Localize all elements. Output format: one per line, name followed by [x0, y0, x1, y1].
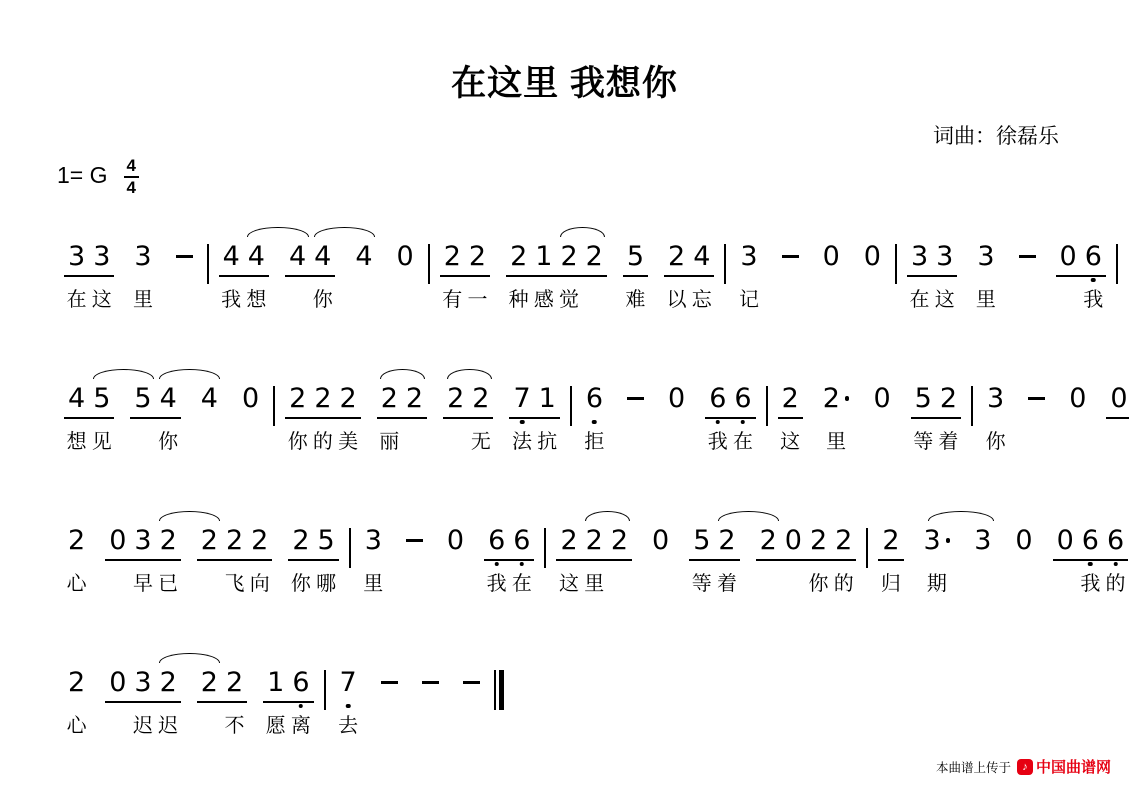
- note: 4: [197, 384, 222, 414]
- barline: [895, 244, 897, 284]
- note: 3: [983, 384, 1008, 414]
- lyric: 你: [986, 425, 1006, 454]
- note: 2: [556, 242, 581, 272]
- note: 3: [64, 242, 89, 272]
- beam-group: 0: [648, 526, 673, 559]
- lyric: 你: [809, 567, 829, 596]
- lyric: 见: [92, 425, 112, 454]
- beam-group: 3: [983, 384, 1008, 417]
- lyric: 飞: [225, 567, 245, 596]
- augmentation-dot: [946, 538, 951, 543]
- beam-group: [377, 668, 402, 688]
- duration-dash: [172, 242, 197, 259]
- measure: 22052: [770, 384, 969, 419]
- beam-group: 33: [64, 242, 114, 277]
- beam-group: 33: [907, 242, 957, 277]
- note: 2: [336, 384, 361, 414]
- barline-thick: [499, 670, 505, 710]
- note: 2: [310, 384, 335, 414]
- note: 7: [336, 668, 361, 698]
- music-line: 45544022222227160662205230066想见你你的美丽无法抗拒…: [56, 368, 1067, 454]
- lyric: 已: [158, 567, 178, 596]
- duration-dash: [402, 526, 427, 543]
- barline: [724, 244, 726, 284]
- beam-group: 45: [64, 384, 114, 419]
- note-digit: 6: [513, 526, 530, 556]
- beam-group: 0: [393, 242, 418, 275]
- note: 0: [819, 242, 844, 272]
- note-digit: 2: [406, 384, 423, 414]
- note-digit: 2: [289, 384, 306, 414]
- note-digit: 0: [109, 668, 126, 698]
- note: 0: [238, 384, 263, 414]
- beam-group: [1024, 384, 1049, 404]
- note: 7: [509, 384, 534, 414]
- note: 2: [607, 526, 632, 556]
- lyric: 这: [559, 567, 579, 596]
- note: 2: [64, 668, 89, 698]
- note-digit: 4: [68, 384, 85, 414]
- measure: 455440: [56, 384, 271, 419]
- note-digit: 7: [513, 384, 530, 414]
- note-digit: 3: [936, 242, 953, 272]
- beam-group: 22: [443, 384, 493, 419]
- song-title: 在这里 我想你: [0, 56, 1129, 106]
- note: 0: [648, 526, 673, 556]
- note: 6: [1103, 526, 1128, 556]
- note: 4: [219, 242, 244, 272]
- note-digit: 3: [740, 242, 757, 272]
- note: 2: [819, 384, 854, 414]
- beam-group: 0: [443, 526, 468, 559]
- note: 3: [973, 242, 998, 272]
- beam-group: [778, 242, 803, 262]
- measure: 333: [56, 242, 205, 277]
- note-digit: 2: [835, 526, 852, 556]
- note: 0: [1056, 242, 1081, 272]
- note: 6: [509, 526, 534, 556]
- note-digit: 2: [586, 526, 603, 556]
- lyric: 愿: [266, 709, 286, 738]
- lyric: 心: [67, 709, 87, 738]
- duration-dash: [1015, 242, 1040, 259]
- note-digit: 4: [223, 242, 240, 272]
- barline: [570, 386, 572, 426]
- note-digit: 3: [987, 384, 1004, 414]
- note: 2: [197, 526, 222, 556]
- sixteenth-beam: 22: [222, 526, 272, 556]
- lyric: 哪: [316, 567, 336, 596]
- sixteenth-beam: 12: [531, 242, 581, 272]
- note-digit: 0: [668, 384, 685, 414]
- beam-group: [402, 526, 427, 546]
- note: 5: [623, 242, 648, 272]
- note: 4: [244, 242, 269, 272]
- lyric: 这: [935, 283, 955, 312]
- note-digit: 2: [472, 384, 489, 414]
- lyric: 觉: [559, 283, 579, 312]
- lyric: 着: [717, 567, 737, 596]
- note: 2: [778, 384, 803, 414]
- measure: 222222271: [277, 384, 568, 419]
- note: 6: [288, 668, 313, 698]
- measure: 222122524: [432, 242, 723, 277]
- beam-group: 7: [336, 668, 361, 701]
- note-digit: 1: [267, 668, 284, 698]
- key-signature: 1= G 4 4: [57, 156, 1129, 196]
- beam-group: 222: [197, 526, 273, 561]
- note-digit: 2: [882, 526, 899, 556]
- lyric: 离: [291, 709, 311, 738]
- duration-dash: [377, 668, 402, 685]
- note: 2: [443, 384, 468, 414]
- beam-group: 66: [705, 384, 755, 419]
- note-digit: 2: [586, 242, 603, 272]
- note-digit: 2: [160, 668, 177, 698]
- footer-upload-text: 本曲谱上传于: [936, 758, 1011, 776]
- lyric: 我: [1080, 567, 1100, 596]
- note-digit: 2: [340, 384, 357, 414]
- note: 2: [714, 526, 739, 556]
- note-digit: 4: [248, 242, 265, 272]
- lyric: 在: [512, 567, 532, 596]
- beam-group: 22: [440, 242, 490, 277]
- beam-group: 2022: [756, 526, 857, 561]
- beam-group: 0: [819, 242, 844, 275]
- note-digit: 0: [652, 526, 669, 556]
- note: 2: [465, 242, 490, 272]
- barline: [971, 386, 973, 426]
- note: 0: [1011, 526, 1036, 556]
- note: 1: [531, 242, 556, 272]
- lyric: 早: [133, 567, 153, 596]
- beam-group: 66: [484, 526, 534, 561]
- beam-group: 2: [778, 384, 803, 419]
- note-digit: 2: [823, 384, 840, 414]
- beam-group: 25: [288, 526, 338, 561]
- sixteenth-beam: 22: [310, 384, 360, 414]
- lyric: 你: [313, 283, 333, 312]
- lyric: 着: [938, 425, 958, 454]
- measure: 3066: [353, 526, 543, 561]
- note-digit: 1: [539, 384, 556, 414]
- note-digit: 2: [444, 242, 461, 272]
- note: 3: [970, 526, 995, 556]
- beam-group: 4: [197, 384, 222, 417]
- measure: 7: [328, 668, 492, 701]
- note-digit: 4: [160, 384, 177, 414]
- barline: [766, 386, 768, 426]
- beam-group: 2: [878, 526, 903, 561]
- note-digit: 4: [693, 242, 710, 272]
- lyric: 无: [471, 425, 491, 454]
- final-barline: [494, 670, 505, 710]
- beam-group: 0: [860, 242, 885, 275]
- beam-group: 3: [361, 526, 386, 559]
- beam-group: 032: [105, 668, 181, 703]
- site-name: 中国曲谱网: [1036, 756, 1111, 777]
- barline: [1116, 244, 1118, 284]
- note: 3: [920, 526, 955, 556]
- note-digit: 2: [314, 384, 331, 414]
- note-digit: 6: [1085, 242, 1102, 272]
- note-digit: 0: [873, 384, 890, 414]
- lyric: 这: [780, 425, 800, 454]
- beam-group: 3: [970, 526, 995, 559]
- lyric: 你: [291, 567, 311, 596]
- note-digit: 4: [201, 384, 218, 414]
- lyric: 去: [338, 709, 358, 738]
- note: 4: [64, 384, 89, 414]
- note: 2: [878, 526, 903, 556]
- beam-group: 222: [556, 526, 632, 561]
- note: 5: [314, 526, 339, 556]
- note-digit: 0: [1060, 242, 1077, 272]
- note: 0: [1053, 526, 1078, 556]
- beam-group: 16: [263, 668, 313, 703]
- barline: [866, 528, 868, 568]
- note-digit: 0: [1057, 526, 1074, 556]
- beam-group: 54: [130, 384, 180, 419]
- note-digit: 3: [134, 526, 151, 556]
- beam-group: 0: [1011, 526, 1036, 559]
- note: 3: [130, 242, 155, 272]
- note: 2: [197, 668, 222, 698]
- note-digit: 3: [977, 242, 994, 272]
- composer-credit: 词曲：徐磊乐: [0, 120, 1059, 150]
- note: 2: [402, 384, 427, 414]
- measure: 444440: [211, 242, 426, 277]
- note: 6: [1081, 242, 1106, 272]
- score: 33344444022212252430033306在这里我想你有一种感觉难以忘…: [56, 226, 1067, 738]
- barline-thin: [494, 670, 496, 710]
- lyric: 期: [927, 567, 947, 596]
- note-digit: 5: [627, 242, 644, 272]
- note: 2: [285, 384, 310, 414]
- beam-group: 4: [351, 242, 376, 275]
- lyric: 不: [225, 709, 245, 738]
- beam-group: 066: [1106, 384, 1129, 419]
- note-digit: 5: [915, 384, 932, 414]
- note-digit: 2: [940, 384, 957, 414]
- dash-glyph: [422, 681, 439, 684]
- duration-dash: [418, 668, 443, 685]
- beam-group: [623, 384, 648, 404]
- note: 3: [932, 242, 957, 272]
- note-digit: 2: [760, 526, 777, 556]
- note: 4: [285, 242, 310, 272]
- beam-group: [1015, 242, 1040, 262]
- lyric: 这: [92, 283, 112, 312]
- note: 2: [806, 526, 831, 556]
- lyric: 里: [363, 567, 383, 596]
- beam-group: 2: [819, 384, 854, 417]
- note: 4: [689, 242, 714, 272]
- lyric: 的: [1106, 567, 1126, 596]
- note-digit: 3: [365, 526, 382, 556]
- note-digit: 6: [734, 384, 751, 414]
- lyric: 想: [246, 283, 266, 312]
- lyric: 里: [826, 425, 846, 454]
- note: 2: [156, 526, 181, 556]
- note: 2: [440, 242, 465, 272]
- beam-group: [418, 668, 443, 688]
- measure: 20322216: [56, 668, 322, 703]
- note-digit: 5: [693, 526, 710, 556]
- note: 0: [1106, 384, 1129, 414]
- note-digit: 2: [782, 384, 799, 414]
- note-digit: 6: [586, 384, 603, 414]
- note-digit: 2: [510, 242, 527, 272]
- barline: [207, 244, 209, 284]
- lyric: 的: [313, 425, 333, 454]
- note: 0: [105, 668, 130, 698]
- note-digit: 0: [1069, 384, 1086, 414]
- note-digit: 0: [109, 526, 126, 556]
- note: 3: [736, 242, 761, 272]
- lyric: 你: [288, 425, 308, 454]
- lyric: 以: [667, 283, 687, 312]
- lyric: 美: [338, 425, 358, 454]
- note-digit: 4: [314, 242, 331, 272]
- note-digit: 2: [292, 526, 309, 556]
- note: 5: [89, 384, 114, 414]
- lyric: 向: [250, 567, 270, 596]
- note-digit: 3: [911, 242, 928, 272]
- beam-group: 6: [582, 384, 607, 417]
- lyric: 的: [834, 567, 854, 596]
- lyric: 我: [1083, 283, 1103, 312]
- note-digit: 0: [397, 242, 414, 272]
- note-digit: 6: [709, 384, 726, 414]
- note-digit: 6: [1082, 526, 1099, 556]
- note-digit: 2: [68, 526, 85, 556]
- lyric: 在: [910, 283, 930, 312]
- lyric: 迟: [133, 709, 153, 738]
- lyric: 里: [584, 567, 604, 596]
- lyric: 里: [133, 283, 153, 312]
- lyric: 我: [221, 283, 241, 312]
- note-digit: 2: [611, 526, 628, 556]
- lyric: 我: [708, 425, 728, 454]
- note-digit: 6: [1107, 526, 1124, 556]
- note: 0: [664, 384, 689, 414]
- note: 3: [89, 242, 114, 272]
- measure: 2330066: [870, 526, 1129, 561]
- note: 4: [156, 384, 181, 414]
- key-tonic: 1= G: [57, 162, 108, 189]
- note: 5: [130, 384, 155, 414]
- note: 2: [222, 526, 247, 556]
- note: 2: [582, 242, 607, 272]
- note: 2: [64, 526, 89, 556]
- note-digit: 5: [134, 384, 151, 414]
- note: 0: [105, 526, 130, 556]
- measure: 300: [728, 242, 893, 275]
- note-digit: 0: [242, 384, 259, 414]
- note-digit: 4: [355, 242, 372, 272]
- note-digit: 2: [810, 526, 827, 556]
- barline: [349, 528, 351, 568]
- lyric: 心: [67, 567, 87, 596]
- site-logo-icon: ♪: [1017, 759, 1033, 775]
- lyric: 你: [158, 425, 178, 454]
- music-line: 33344444022212252430033306在这里我想你有一种感觉难以忘…: [56, 226, 1067, 312]
- measure: 6066: [574, 384, 764, 419]
- note: 5: [689, 526, 714, 556]
- note: 6: [484, 526, 509, 556]
- note-digit: 3: [93, 242, 110, 272]
- note: 6: [705, 384, 730, 414]
- lyric: 我: [487, 567, 507, 596]
- beam-group: 2: [64, 526, 89, 559]
- beam-group: 2: [64, 668, 89, 701]
- beam-group: 44: [219, 242, 269, 277]
- note: 1: [263, 668, 288, 698]
- beam-group: 52: [911, 384, 961, 419]
- duration-dash: [778, 242, 803, 259]
- note-digit: 0: [864, 242, 881, 272]
- music-line: 203222225306622205220222330066心早已飞向你哪里我在…: [56, 510, 1067, 596]
- duration-dash: [459, 668, 484, 685]
- beam-group: 3: [920, 526, 955, 559]
- note: 2: [936, 384, 961, 414]
- lyric: 有: [442, 283, 462, 312]
- measure: 33306: [899, 242, 1114, 277]
- note-digit: 2: [668, 242, 685, 272]
- beam-group: 0: [1065, 384, 1090, 417]
- note: 3: [907, 242, 932, 272]
- dash-glyph: [381, 681, 398, 684]
- note-digit: 1: [535, 242, 552, 272]
- note-digit: 2: [560, 526, 577, 556]
- note-digit: 5: [93, 384, 110, 414]
- lyric: 拒: [584, 425, 604, 454]
- dash-glyph: [1028, 397, 1045, 400]
- note: 2: [664, 242, 689, 272]
- lyric: 归: [881, 567, 901, 596]
- beam-group: 5: [623, 242, 648, 277]
- note-digit: 2: [160, 526, 177, 556]
- music-line: 203222167心迟迟不愿离去: [56, 652, 1067, 738]
- note: 5: [911, 384, 936, 414]
- beam-group: 0: [238, 384, 263, 417]
- note: 4: [310, 242, 335, 272]
- lyric: 想: [67, 425, 87, 454]
- note-digit: 5: [318, 526, 335, 556]
- note: 0: [860, 242, 885, 272]
- beam-group: [459, 668, 484, 688]
- note-digit: 2: [68, 668, 85, 698]
- beam-group: 0: [869, 384, 894, 417]
- beam-group: 222: [285, 384, 361, 419]
- lyric: 迟: [158, 709, 178, 738]
- note-digit: 2: [201, 668, 218, 698]
- note-digit: 3: [924, 526, 941, 556]
- lyric: 感: [534, 283, 554, 312]
- lyric: 在: [733, 425, 753, 454]
- note-digit: 0: [785, 526, 802, 556]
- note-digit: 2: [226, 526, 243, 556]
- beam-group: 3: [130, 242, 155, 275]
- lyric: 一: [467, 283, 487, 312]
- note-digit: 0: [447, 526, 464, 556]
- dash-glyph: [1019, 255, 1036, 258]
- dash-glyph: [782, 255, 799, 258]
- beam-group: 3: [973, 242, 998, 275]
- note-digit: 7: [340, 668, 357, 698]
- note-digit: 2: [381, 384, 398, 414]
